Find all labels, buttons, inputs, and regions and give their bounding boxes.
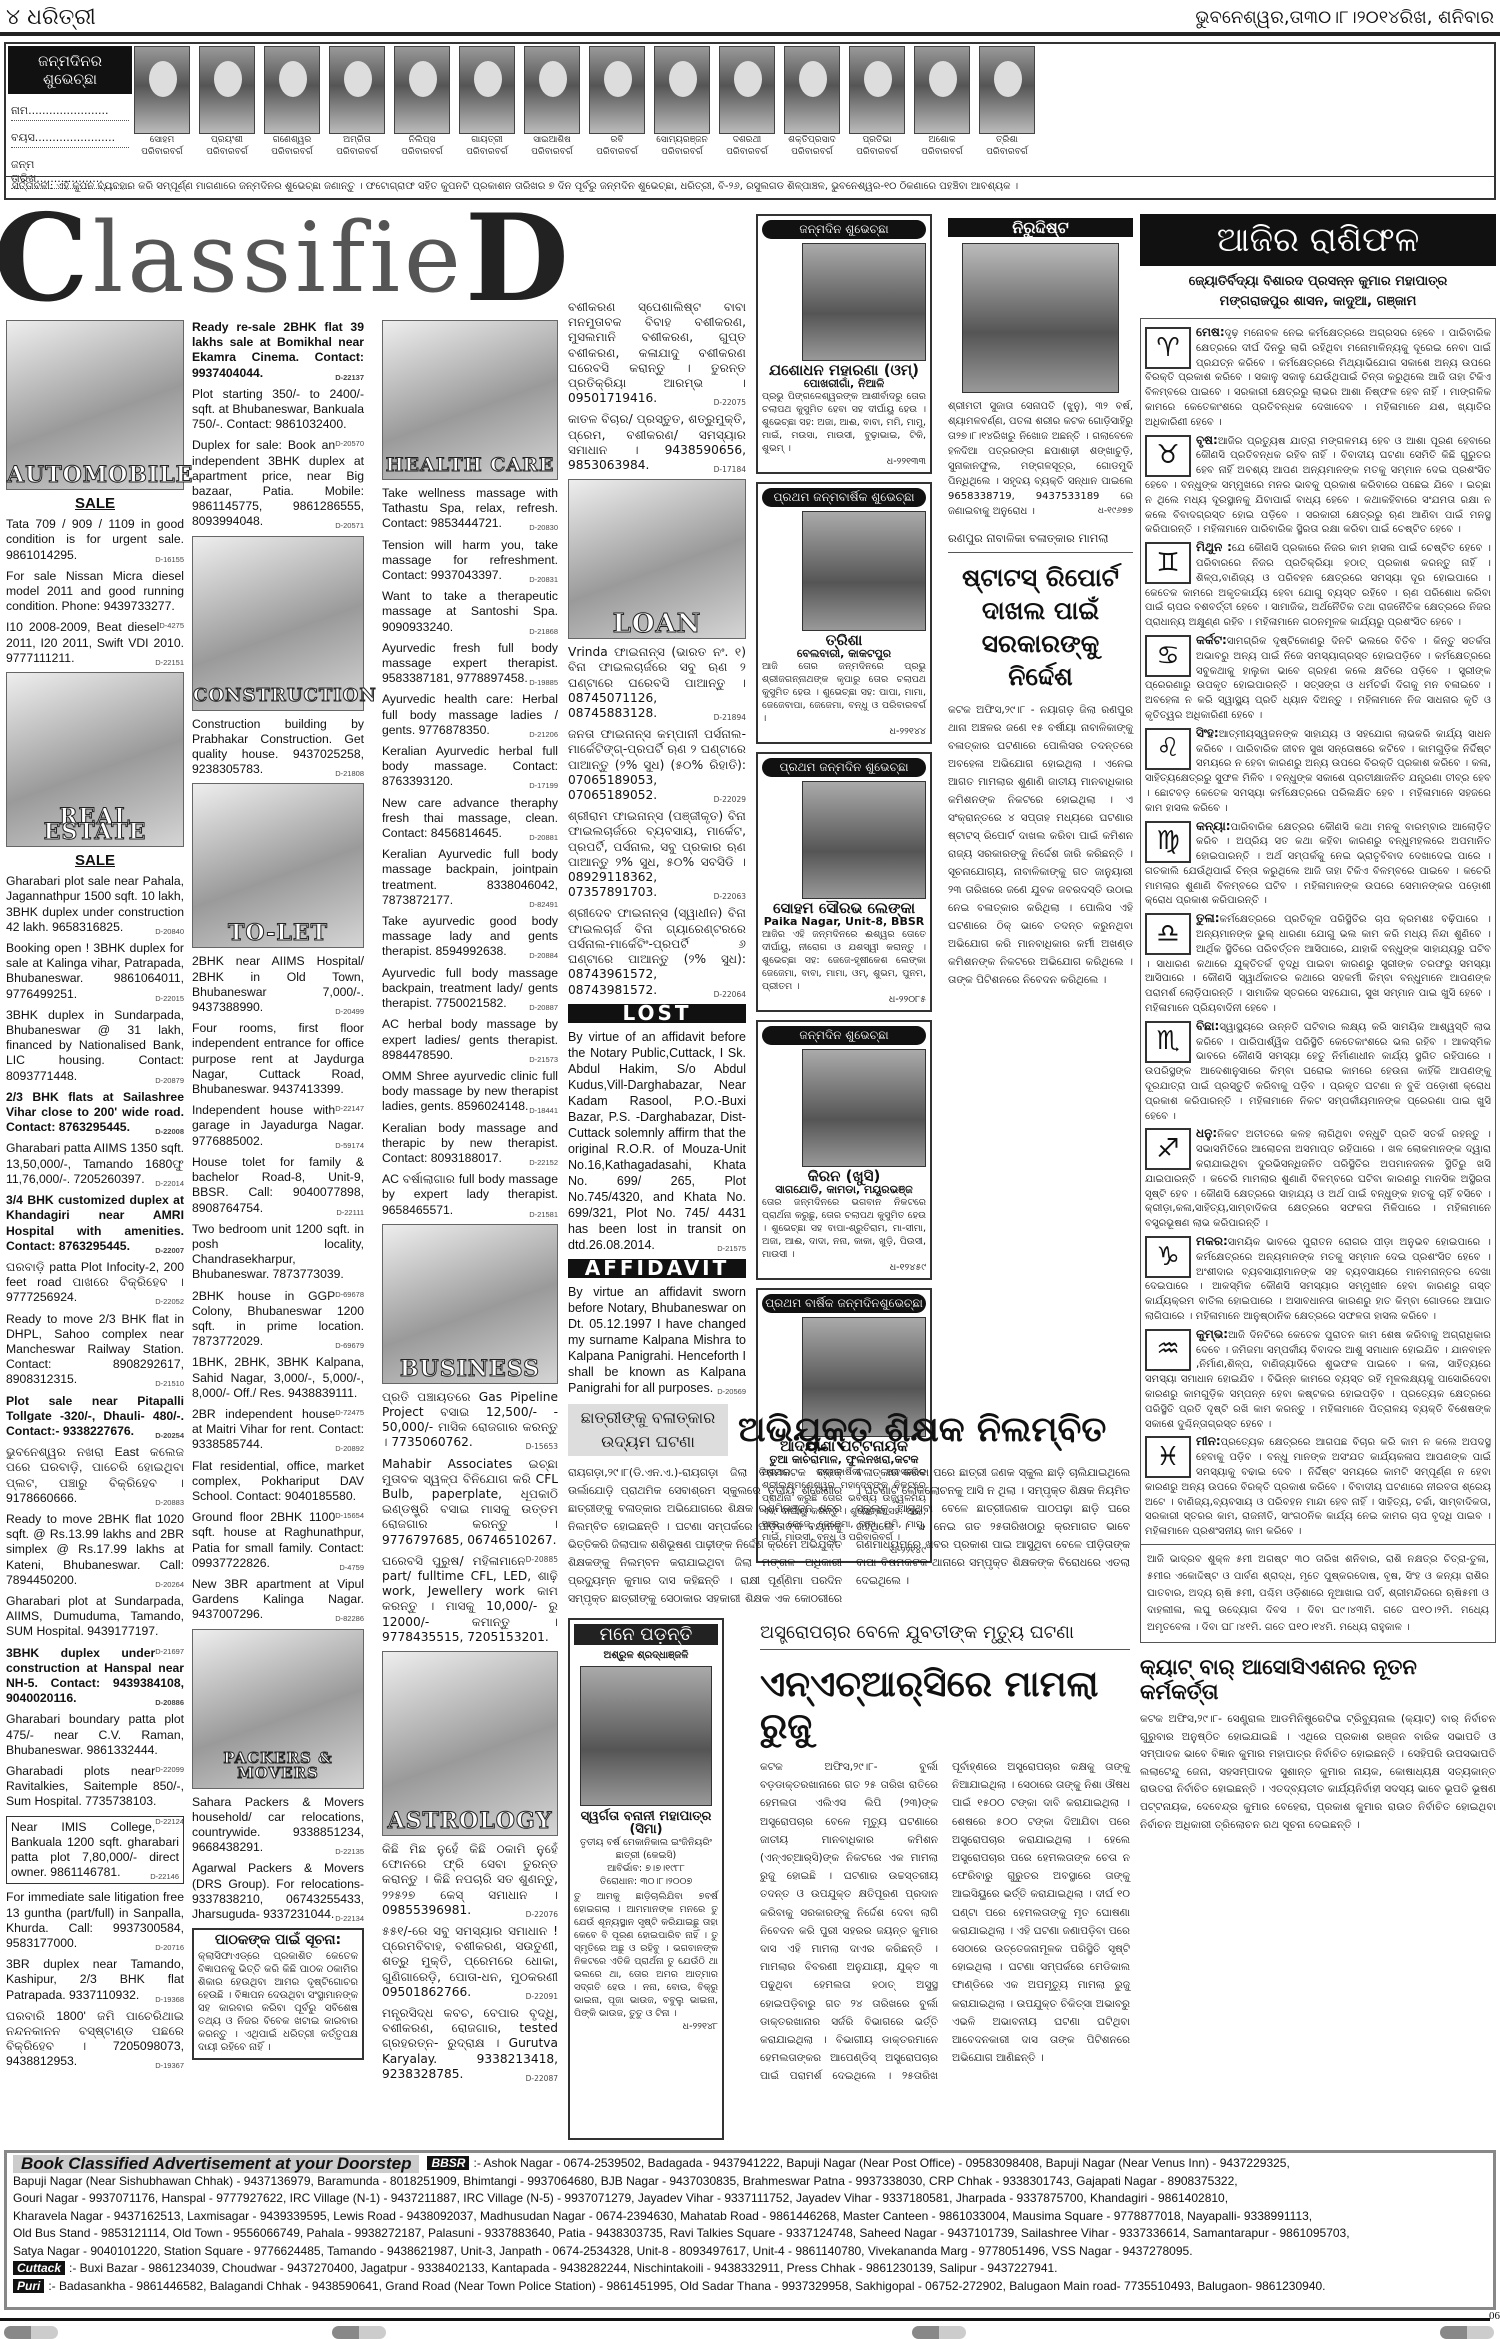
birthday-terms: ସର୍ତ୍ତାବଳୀ: ଏହି କୁପନ ବ୍ୟବହାର କରି ସମ୍ପୂର୍… [6, 176, 1494, 198]
classified-ad: Sahara Packers & Movers household/ car r… [192, 1795, 364, 1856]
zodiac-text: ଦୃଢ଼ ମନୋବଳ ନେଇ କର୍ମକ୍ଷେତ୍ରରେ ଅଗ୍ରସର ହେବେ… [1145, 328, 1491, 428]
sale-heading: SALE [6, 496, 184, 511]
ad-code: D-22063 [714, 889, 746, 904]
kid-family: ପରିବାରବର୍ଗ [654, 146, 710, 158]
zodiac-text: ଆଜି ଦିନଟିରେ କେତେକ ପୁରାତନ କାମ ଶେଷ କରିବାକୁ… [1145, 1330, 1491, 1430]
kid-card: ଗାୟତ୍ରୀପରିବାରବର୍ଗ [459, 46, 515, 158]
zodiac-name: ମେଷ: [1196, 325, 1225, 339]
construction-banner: CONSTRUCTION [192, 536, 364, 711]
missing-and-news-column: ନିରୁଦ୍ଦିଷ୍ଟ ଶ୍ରୀମତୀ ସୁଜାତା ସେନାପତି (ଝୁନୁ… [948, 214, 1133, 989]
coupon-title: ଜନ୍ମଦିନର ଶୁଭେଚ୍ଛା [8, 46, 132, 94]
classified-ad: For immediate sale litigation free 13 gu… [6, 1890, 184, 1951]
panjika: ଆଜି ଭାଦ୍ରବ ଶୁକ୍ଳ ୫ମୀ ଅଗଷ୍ଟ ୩୦ ତାରିଖ ଶନିବ… [1140, 1544, 1496, 1643]
ad-code: D-20499 [335, 1004, 364, 1019]
packers-banner: PACKERS & MOVERS [192, 1629, 364, 1789]
kid-name: ଗଣେଶ୍ୱର [264, 134, 320, 146]
zodiac-entry: ♉ବୃଷ:ଆଜିର ପ୍ରତ୍ୟୁଷ ଯାତ୍ରା ମଙ୍ଗଳମୟ ହେବ ଓ … [1145, 433, 1491, 539]
classified-ad: Take wellness massage with Tathastu Spa,… [382, 486, 558, 532]
classified-ad: ଶ୍ରୀରାମ ଫାଇନାନ୍ସ (ପଞ୍ଜୀକୃତ) ବିନା ଫାଇଲଚାର… [568, 809, 746, 900]
classified-ad: Duplex for sale: Book an independent 3BH… [192, 438, 364, 529]
ad-code: D-20886 [155, 1695, 184, 1710]
birthday-strip: ଜନ୍ମଦିନର ଶୁଭେଚ୍ଛା ନାମ...................… [4, 42, 1496, 200]
rashifal-author: ଜ୍ୟୋତିର୍ବିଦ୍ୟା ବିଶାରଦ ପ୍ରସନ୍ନ କୁମାର ମହାପ… [1140, 266, 1496, 319]
book-classified-label: Book Classified Advertisement at your Do… [13, 2155, 419, 2173]
page-label: ୪ ଧରିତ୍ରୀ [6, 5, 96, 30]
nhrc-news: ଅସ୍ତ୍ରୋପଚାର ବେଳେ ଯୁବତୀଙ୍କ ମୃତ୍ୟୁ ଘଟଣା ଏନ… [760, 1622, 1130, 2086]
ad-code: D-19885 [529, 675, 558, 690]
greeting-name: ଯଶୋଧନ ମହାରଣା (ଓମ୍) [762, 364, 926, 377]
kid-name: ଦଶରଥୀ [719, 134, 775, 146]
zodiac-name: କର୍କଟ: [1196, 633, 1227, 647]
kid-name: ରବି [589, 134, 645, 146]
zodiac-entry: ♐ଧନୁ:ନିକଟ ଅତୀତରେ କଳହ ଲାଗିଥିବା ବନ୍ଧୁଟି ପ୍… [1145, 1126, 1491, 1232]
kid-name: ତ୍ରିଶା [979, 134, 1035, 146]
kid-card: ପ୍ରୟଂଶୀପରିବାରବର୍ଗ [199, 46, 255, 158]
ad-code: D-21808 [335, 766, 364, 781]
kid-photo [589, 46, 645, 134]
ad-code: D-18441 [529, 1103, 558, 1118]
ad-code: D-16155 [155, 552, 184, 567]
greeting-photo [802, 1049, 926, 1167]
classified-ad: Ayurvedic health care: Herbal full body … [382, 692, 558, 738]
zodiac-entry: ♊ମିଥୁନ :ଯେ କୌଣସି ପ୍ରକାରେ ନିଜର କାମ ହାସଲ ପ… [1145, 540, 1491, 631]
zodiac-name: ମିଥୁନ : [1196, 540, 1232, 554]
kid-name: ପ୍ରୟଂଶୀ [199, 134, 255, 146]
greeting-badge: ପ୍ରଥମ ଜନ୍ମବାର୍ଷିକ ଶୁଭେଚ୍ଛା [762, 488, 926, 507]
greeting-message: ଆଜି ତୋର ଜନ୍ମଦିନରେ ପ୍ରଭୁ ଶ୍ରୀଜଗନ୍ନାଥଙ୍କ କ… [762, 660, 926, 725]
classified-ad: House tolet for family & bachelor Road-8… [192, 1155, 364, 1216]
ad-code: D-19368 [155, 1992, 184, 2007]
astrology-ads: କିଛି ମିଛ ନୁହେଁ କିଛି ଠକାମି ନୁହେଁ ଫୋନରେ ଫ୍… [382, 1842, 558, 2082]
zodiac-name: ତୁଳା: [1196, 911, 1220, 925]
greeting-place: Paika Nagar, Unit-8, BBSR [762, 915, 926, 928]
kid-name: ସୋହମ [134, 134, 190, 146]
nhrc-kicker: ଅସ୍ତ୍ରୋପଚାର ବେଳେ ଯୁବତୀଙ୍କ ମୃତ୍ୟୁ ଘଟଣା [760, 1622, 1130, 1650]
kid-family: ପରିବାରବର୍ଗ [914, 146, 970, 158]
cat-bar-body: କଟକ ଅଫିସ,୨୯।୮- ସେଣ୍ଟ୍ରାଲ ଆଡମିନିଷ୍ଟ୍ରେଟିଭ… [1140, 1711, 1496, 1834]
ad-code: D-22091 [526, 1989, 558, 2004]
obituary: ମନେ ପଡ଼ନ୍ତି ଅଶ୍ରୁଳ ଶ୍ରଦ୍ଧାଞ୍ଜଳି ସ୍ୱର୍ଗତା… [568, 1618, 724, 2140]
packers-ads: Sahara Packers & Movers household/ car r… [192, 1795, 364, 1923]
lost-ad: By virtue of an affidavit before the Not… [568, 1029, 746, 1253]
kid-family: ପରିବାରବର୍ଗ [524, 146, 580, 158]
greeting-name: ତ୍ରିଶା [762, 634, 926, 647]
kid-photo [524, 46, 580, 134]
kid-card: ଅଶୋକପରିବାରବର୍ଗ [914, 46, 970, 158]
teacher-kicker: ଛାତ୍ରୀଙ୍କୁ ବଳାତ୍କାର ଉଦ୍ୟମ ଘଟଣା [568, 1404, 728, 1456]
ad-code: D-20831 [529, 572, 558, 587]
loan-banner: LOAN [568, 479, 746, 639]
readers-notice: ପାଠକଙ୍କ ପାଇଁ ସୂଚନା: କ୍ଲାସିଫାଏଡ୍‌ରେ ପ୍ରକା… [192, 1928, 364, 2060]
zodiac-name: ମକର: [1196, 1234, 1228, 1248]
greeting-name: ସୋହମ ସୌରଭ ଲେଙ୍କା [762, 902, 926, 915]
zodiac-entry: ♍କନ୍ୟା:ପାରିବାରିକ କ୍ଷେତ୍ରର କୌଣସି କଥା ମନକୁ… [1145, 819, 1491, 910]
kid-photo [719, 46, 775, 134]
ad-code: D-69678 [335, 1287, 364, 1302]
greeting-photo [802, 781, 926, 899]
region-tag-bbsr: BBSR [427, 2156, 469, 2170]
obituary-heading: ମନେ ପଡ଼ନ୍ତି [574, 1624, 718, 1645]
classified-ad: 3BR duplex near Tamando, Kashipur, 2/3 B… [6, 1957, 184, 2003]
zodiac-text: ସ୍ୱାସ୍ଥ୍ୟରେ ଉନ୍ନତି ଘଟିବାର ଲକ୍ଷ୍ୟ କରି ସାମ… [1145, 1022, 1491, 1122]
classified-ad: 3/4 BHK customized duplex at Khandagiri … [6, 1193, 184, 1254]
kid-name: ଗାୟତ୍ରୀ [459, 134, 515, 146]
obituary-photo [580, 1666, 712, 1806]
classified-ad: Gharabari boundary patta plot 475/- near… [6, 1712, 184, 1758]
kid-photo [134, 46, 190, 134]
classified-ad: 2BHK near AIIMS Hospital/ 2BHK in Old To… [192, 954, 364, 1015]
classified-ad: Four rooms, first floor independent entr… [192, 1021, 364, 1097]
page-number: 06 [1489, 2310, 1500, 2322]
classified-ad: ବଶୀକରଣ ସ୍ପେଶାଲିଷ୍ଟ ବାବା ମନମୁତାବକ ବିବାହ ବ… [568, 300, 746, 406]
classified-ad: Ayurvedic fresh full body massage expert… [382, 641, 558, 687]
business-banner: BUSINESS [382, 1224, 558, 1384]
kid-photo [784, 46, 840, 134]
classified-ad: Tata 709 / 909 / 1109 in good condition … [6, 517, 184, 563]
kid-card: ରବିପରିବାରବର୍ଗ [589, 46, 645, 158]
zodiac-entry: ♈ମେଷ:ଦୃଢ଼ ମନୋବଳ ନେଇ କର୍ମକ୍ଷେତ୍ରରେ ଅଗ୍ରସର… [1145, 325, 1491, 431]
affidavit-heading: AFFIDAVIT [568, 1259, 746, 1278]
zodiac-name: କନ୍ୟା: [1196, 819, 1231, 833]
kid-family: ପରିବାରବର୍ଗ [134, 146, 190, 158]
zodiac-icon: ♌ [1145, 728, 1191, 770]
zodiac-icon: ♓ [1145, 1436, 1191, 1478]
zodiac-text: ପ୍ରତ୍ୟେକ କ୍ଷେତ୍ରରେ ଆଗପଛ ବିଚାର କରି କାମ ନ … [1145, 1437, 1491, 1537]
zodiac-entry: ♓ମୀନ:ପ୍ରତ୍ୟେକ କ୍ଷେତ୍ରରେ ଆଗପଛ ବିଚାର କରି କ… [1145, 1434, 1491, 1540]
ad-code: D-22029 [714, 792, 746, 807]
tolet-banner: TO-LET [192, 783, 364, 948]
ad-code: D-21206 [529, 727, 558, 742]
classified-ad: 2/3 BHK flats at Sailashree Vihar close … [6, 1090, 184, 1136]
lost-heading: LOST [568, 1004, 746, 1023]
nhrc-body: କଟକ ଅଫିସ,୨୯।୮- ବୁର୍ଲା ବଡ଼ଡାକ୍ତରଖାନାରେ ଗତ… [760, 1758, 1130, 2086]
region-tag-puri: Puri [13, 2279, 44, 2293]
classified-ad: ଶ୍ରୀଦେବ ଫାଇନାନ୍ସ (ସ୍ୱାଧୀନ) ବିନା ଫାଇଲଚାର୍… [568, 906, 746, 997]
ad-code: D-20885 [526, 1552, 558, 1567]
classified-ad: Flat residential, office, market complex… [192, 1459, 364, 1505]
classified-ad: New care advance theraphy fresh thai mas… [382, 796, 558, 842]
zodiac-icon: ♉ [1145, 435, 1191, 477]
kid-photo [849, 46, 905, 134]
ad-code: D-20571 [335, 518, 364, 533]
coupon-age-field: ବୟସ....................... [11, 131, 129, 148]
kid-name: ଅଶୋକ [914, 134, 970, 146]
kid-family: ପରିବାରବର୍ଗ [784, 146, 840, 158]
ad-code: D-21894 [714, 710, 746, 725]
classified-ad: Tension will harm you, take massage for … [382, 538, 558, 584]
classified-ad: ଘରବାରି 1800' ଜମି ପାଚେରିଥାଇ ନନ୍ଦନକାନନ ବସ୍… [6, 2009, 184, 2070]
real-estate-banner: REAL ESTATE [6, 672, 184, 847]
ad-code: D-20830 [529, 520, 558, 535]
kid-photo [264, 46, 320, 134]
kid-card: ଶକ୍ତିପ୍ରସାଦପରିବାରବର୍ଗ [784, 46, 840, 158]
missing-person-photo [962, 243, 1119, 393]
ad-code: D-20716 [155, 1940, 184, 1955]
birthday-greeting: ଜନ୍ମଦିନ ଶୁଭେଚ୍ଛାକିରନ (ଖୁସି)ସାଗଯୋଡି, କାମଡ… [756, 1020, 932, 1280]
kid-photo [979, 46, 1035, 134]
zodiac-name: ବିଛା: [1196, 1019, 1219, 1033]
birthday-greeting: ଜନ୍ମଦିନ ଶୁଭେଚ୍ଛାଯଶୋଧନ ମହାରଣା (ଓମ୍)ପୋଖରୀଗ… [756, 214, 932, 474]
ad-code: D-22014 [155, 1176, 184, 1191]
ad-code: D-17184 [714, 462, 746, 477]
kid-name: ଶକ୍ତିପ୍ରସାଦ [784, 134, 840, 146]
automobile-banner: AUTOMOBILE [6, 320, 184, 490]
greeting-message: ତୋର ଜନ୍ମଦିନରେ ଭଗବାନ ନିକଟରେ ପ୍ରାର୍ଥନା କରୁ… [762, 1196, 926, 1261]
kid-photo [199, 46, 255, 134]
kid-card: ପ୍ରତିଭାପରିବାରବର୍ଗ [849, 46, 905, 158]
zodiac-icon: ♋ [1145, 635, 1191, 677]
ad-code: D-4759 [339, 1560, 364, 1575]
ad-code: D-22015 [155, 991, 184, 1006]
ranpur-body: କଟକ ଅଫିସ,୨୯।୮ - ନୟାଗଡ଼ ଜିଲା ରଣପୁର ଥାନା ଅ… [948, 701, 1133, 989]
ad-code: D-22135 [335, 1844, 364, 1859]
ad-code: D-22099 [155, 1762, 184, 1777]
missing-heading: ନିରୁଦ୍ଦିଷ୍ଟ [948, 218, 1133, 237]
classified-ad: AC herbal body massage by expert ladies/… [382, 1017, 558, 1063]
zodiac-entry: ♋କର୍କଟ:ସାମଗ୍ରିକ ଦୃଷ୍ଟିକୋଣରୁ ଦିନଟି ଭଲରେ ବ… [1145, 633, 1491, 724]
kid-name: ପ୍ରତିଭା [849, 134, 905, 146]
missing-text: ଶ୍ରୀମତୀ ସୁଜାତା ସେନାପତି (ଝୁନୁ), ୩୨ ବର୍ଷ, … [948, 399, 1133, 519]
rashifal-title: ଆଜିର ରାଶିଫଳ [1140, 214, 1496, 266]
kids-gallery: ସୋହମପରିବାରବର୍ଗପ୍ରୟଂଶୀପରିବାରବର୍ଗଗଣେଶ୍ୱରପର… [134, 46, 1035, 158]
booking-centres: Book Classified Advertisement at your Do… [4, 2150, 1496, 2310]
classified-logo: ClassifieD [6, 206, 560, 310]
astrology-banner: ASTROLOGY [382, 1651, 558, 1836]
classified-ad: New 3BR apartment at Vipul Gardens Kalin… [192, 1577, 364, 1623]
zodiac-icon: ♍ [1145, 821, 1191, 863]
kid-card: ଅମ୍ରିତାପରିବାରବର୍ଗ [329, 46, 385, 158]
ad-code: D-20881 [529, 830, 558, 845]
ad-code: D-20883 [155, 1495, 184, 1510]
zodiac-icon: ♐ [1145, 1128, 1191, 1170]
classified-ad: Agarwal Packers & Movers (DRS Group). Fo… [192, 1861, 364, 1922]
ad-code: D-20254 [155, 1428, 184, 1443]
nhrc-headline: ଏନ୍‌ଏଚ୍‌ଆର୍‌ସିରେ ମାମଲା ରୁଜୁ [760, 1664, 1130, 1748]
kid-family: ପରିବାରବର୍ଗ [329, 146, 385, 158]
ad-code: D-22147 [335, 1101, 364, 1116]
classified-ad: ୫୫୧/-ରେ ସବୁ ସମସ୍ୟାର ସମାଧାନ ! ପ୍ରେମବିବାହ,… [382, 1924, 558, 2000]
top-rule [0, 32, 1500, 36]
zodiac-name: ମୀନ: [1196, 1434, 1221, 1448]
kid-family: ପରିବାରବର୍ଗ [849, 146, 905, 158]
classified-col-2: Ready re-sale 2BHK flat 39 lakhs sale at… [192, 320, 364, 2068]
ad-code: D-22124 [155, 1814, 184, 1829]
greeting-place: ସାଗଯୋଡି, କାମଡା, ମୟୂରଭଞ୍ଜ [762, 1183, 926, 1196]
zodiac-text: ଆଜିର ପ୍ରତ୍ୟୁଷ ଯାତ୍ରା ମଙ୍ଗଳମୟ ହେବ ଓ ଆଶା ପ… [1145, 436, 1491, 536]
classified-ad: Ready to move 2BHK flat 1020 sqft. @ Rs.… [6, 1512, 184, 1588]
ad-code: D-22151 [155, 655, 184, 670]
ad-code: D-19367 [155, 2058, 184, 2073]
greeting-name: କିରନ (ଖୁସି) [762, 1170, 926, 1183]
ad-code: D-4275 [159, 618, 184, 633]
classified-ad: ଜନତା ଫାଇନାନ୍ସ କମ୍ପାନୀ ପର୍ସନାଲ- ମାର୍କେଟିଙ… [568, 727, 746, 803]
classified-ad: Keralian body massage and therapic by ne… [382, 1121, 558, 1167]
ad-code: D-21573 [529, 1052, 558, 1067]
ad-code: D-21581 [529, 1207, 558, 1222]
ad-code: D-22008 [155, 1124, 184, 1139]
classified-ad: ଘରେବସି ପୁରୁଷ/ ମହିଳାମାନେ part/ fulltime C… [382, 1554, 558, 1645]
ad-code: D-22134 [335, 1911, 364, 1926]
ad-code: D-20570 [335, 436, 364, 451]
ad-code: D-21697 [155, 1644, 184, 1659]
kid-name: ସୋମ୍ୟରଞ୍ଜନ [654, 134, 710, 146]
ad-code: D-22064 [714, 987, 746, 1002]
classified-ad: ଘରବାଡ଼ି patta Plot Infocity-2, 200 feet … [6, 1260, 184, 1306]
kid-name: ଅମ୍ରିତା [329, 134, 385, 146]
obituary-message: ତୁ ଆମକୁ ଛାଡ଼ିଚାଲିଯିବା ୭ବର୍ଷ ହୋଇଗଲା । ଆମମ… [574, 1890, 718, 2020]
zodiac-name: କୁମ୍ଭ: [1196, 1327, 1228, 1341]
zodiac-entry: ♌ସିଂହ:ଆତ୍ମୀୟସ୍ୱଜନଙ୍କ ସାହାଯ୍ୟ ଓ ସହଯୋଗ ଲାଭ… [1145, 726, 1491, 817]
affidavit-ad: By virtue an affidavit sworn before Nota… [568, 1284, 746, 1396]
kid-photo [329, 46, 385, 134]
ad-code: D-22087 [526, 2071, 558, 2086]
classified-ad: କାତଳ ବିଚାର/ ପ୍ରସ୍ତୁତ, ଶତ୍ରୁମୁକ୍ତି, ପ୍ରେମ… [568, 412, 746, 473]
greeting-photo [802, 243, 926, 361]
birthday-greeting: ପ୍ରଥମ ଜନ୍ମଦିନ ଶୁଭେଚ୍ଛାସୋହମ ସୌରଭ ଲେଙ୍କାPa… [756, 752, 932, 1012]
zodiac-icon: ♈ [1145, 327, 1191, 369]
zodiac-entry: ♏ବିଛା:ସ୍ୱାସ୍ଥ୍ୟରେ ଉନ୍ନତି ଘଟିବାର ଲକ୍ଷ୍ୟ କ… [1145, 1019, 1491, 1125]
ad-code: D-15654 [335, 1508, 364, 1523]
health-care-banner: HEALTH CARE [382, 320, 558, 480]
teacher-news: ଛାତ୍ରୀଙ୍କୁ ବଳାତ୍କାର ଉଦ୍ୟମ ଘଟଣା ଅଭିଯୁକ୍ତ … [568, 1404, 1130, 1608]
zodiac-name: ଧନୁ: [1196, 1126, 1217, 1140]
kid-family: ପରିବାରବର୍ଗ [394, 146, 450, 158]
ad-code: D-20892 [335, 1441, 364, 1456]
zodiac-entry: ♑ମକର:ସାମୟିକ ଭାବରେ ପୁରାତନ ରୋଗର ପୀଡ଼ା ଅନୁଭ… [1145, 1234, 1491, 1325]
classified-ad: ଭୁବନେଶ୍ୱର ନଖରା East କଲେଜ ପରେ ଘରବାଡ଼ି, ପା… [6, 1445, 184, 1506]
classified-ad: Gharabari plot sale near Pahala, Jaganna… [6, 874, 184, 935]
greeting-badge: ପ୍ରଥମ ଜନ୍ମଦିନ ଶୁଭେଚ୍ଛା [762, 758, 926, 777]
ad-code: D-20879 [155, 1073, 184, 1088]
sale-heading-2: SALE [6, 853, 184, 868]
classified-ad: Take ayurvedic good body massage lady an… [382, 914, 558, 960]
kid-card: ଦଶରଥୀପରିବାରବର୍ଗ [719, 46, 775, 158]
ad-code: D-22007 [155, 1243, 184, 1258]
classified-ad: I10 2008-2009, Beat diesel 2011, I20 201… [6, 620, 184, 666]
kid-card: ତ୍ରିଶାପରିବାରବର୍ଗ [979, 46, 1035, 158]
ranpur-kicker: ରଣପୁର ନାବାଳିକା ବଳାତ୍କାର ମାମଲା [948, 531, 1133, 553]
greeting-message: ଆଜିର ଏହି ଜନ୍ମଦିନରେ ଈଶ୍ୱର ତୋତେ ଦୀର୍ଘାୟୁ, … [762, 928, 926, 993]
greetings-column: ଜନ୍ମଦିନ ଶୁଭେଚ୍ଛାଯଶୋଧନ ମହାରଣା (ଓମ୍)ପୋଖରୀଗ… [756, 214, 932, 1571]
zodiac-text: ନିକଟ ଅତୀତରେ କଳହ ଲାଗିଥିବା ବନ୍ଧୁଟି ପ୍ରତି ସ… [1145, 1129, 1491, 1229]
kid-card: ସୋମ୍ୟରଞ୍ଜନପରିବାରବର୍ଗ [654, 46, 710, 158]
ad-code: D-22075 [714, 395, 746, 410]
real-estate-ads: Gharabari plot sale near Pahala, Jaganna… [6, 874, 184, 2069]
zodiac-text: ସାମୟିକ ଭାବରେ ପୁରାତନ ରୋଗର ପୀଡ଼ା ଅନୁଭବ ହୋଇ… [1145, 1237, 1491, 1322]
classified-col-4: ବଶୀକରଣ ସ୍ପେଶାଲିଷ୍ଟ ବାବା ମନମୁତାବକ ବିବାହ ବ… [568, 300, 746, 1402]
kid-family: ପରିବାରବର୍ଗ [979, 146, 1035, 158]
kid-card: ସାଇଆଶିଷପରିବାରବର୍ଗ [524, 46, 580, 158]
business-ads: ପ୍ରତି ପଞ୍ଚାୟତରେ Gas Pipeline Project ବସା… [382, 1390, 558, 1645]
kid-name: ସାଇଆଶିଷ [524, 134, 580, 146]
obituary-name: ସ୍ୱର୍ଗତା ବନାନୀ ମହାପାତ୍ର (ସିମା) [574, 1810, 718, 1836]
date-line: ଭୁବନେଶ୍ୱର,ତା୩୦।୮।୨୦୧୪ରିଖ, ଶନିବାର [1195, 7, 1494, 28]
kid-card: ନିଲିପ୍ସପରିବାରବର୍ଗ [394, 46, 450, 158]
zodiac-list: ♈ମେଷ:ଦୃଢ଼ ମନୋବଳ ନେଇ କର୍ମକ୍ଷେତ୍ରରେ ଅଗ୍ରସର… [1140, 319, 1496, 1544]
zodiac-icon: ♎ [1145, 913, 1191, 955]
registration-mark [4, 2326, 58, 2339]
greeting-message: ପ୍ରଭୁ ପିଙ୍ଗଳେଶ୍ୱରଙ୍କ ଆଶୀର୍ବାଦରୁ ତୋର ଚଲାପ… [762, 390, 926, 455]
kid-card: ଗଣେଶ୍ୱରପରିବାରବର୍ଗ [264, 46, 320, 158]
classified-ad: Plot starting 350/- to 2400/- sqft. at B… [192, 387, 364, 433]
classified-col-1: AUTOMOBILE SALE Tata 709 / 909 / 1109 in… [6, 320, 184, 2076]
classified-ad: OMM Shree ayurvedic clinic full body mas… [382, 1069, 558, 1115]
kid-family: ପରିବାରବର୍ଗ [719, 146, 775, 158]
classified-ad: Gharabari patta AIIMS 1350 sqft. 13,50,0… [6, 1141, 184, 1187]
kid-family: ପରିବାରବର୍ଗ [199, 146, 255, 158]
greeting-badge: ଜନ୍ମଦିନ ଶୁଭେଚ୍ଛା [762, 1026, 926, 1045]
ad-code: D-20884 [529, 948, 558, 963]
construction-ads: Construction building by Prabhakar Const… [192, 717, 364, 778]
greeting-badge: ଜନ୍ମଦିନ ଶୁଭେଚ୍ଛା [762, 220, 926, 239]
registration-mark [1440, 2326, 1494, 2339]
greeting-photo [802, 511, 926, 631]
zodiac-icon: ♊ [1145, 542, 1191, 584]
zodiac-text: କର୍ମକ୍ଷେତ୍ରରେ ପ୍ରତିକୂଳ ପରିସ୍ଥିତିର ଚାପ କ୍… [1145, 914, 1491, 1014]
classified-ad: For sale Nissan Micra diesel model 2011 … [6, 569, 184, 615]
health-ads: Take wellness massage with Tathastu Spa,… [382, 486, 558, 1218]
classified-ad: Gharabari plot at Sundarpada, AIIMS, Dum… [6, 1594, 184, 1640]
birthday-coupon[interactable]: ଜନ୍ମଦିନର ଶୁଭେଚ୍ଛା ନାମ...................… [8, 46, 132, 178]
ad-code: D-69679 [335, 1338, 364, 1353]
bottom-rule [0, 2318, 1490, 2321]
classified-ad: Booking open ! 3BHK duplex for sale at K… [6, 941, 184, 1002]
ad-code: D-20887 [529, 1000, 558, 1015]
ad-code: D-15653 [526, 1439, 558, 1454]
zodiac-text: ଯେ କୌଣସି ପ୍ରକାରେ ନିଜର କାମ ହାସଲ ପାଇଁ ଚେଷ୍… [1145, 543, 1491, 628]
kid-family: ପରିବାରବର୍ଗ [589, 146, 645, 158]
kid-photo [654, 46, 710, 134]
zodiac-text: ସାମଗ୍ରିକ ଦୃଷ୍ଟିକୋଣରୁ ଦିନଟି ଭଲରେ ବିତିବ । … [1145, 636, 1491, 721]
zodiac-icon: ♑ [1145, 1236, 1191, 1278]
classified-ad: ମନ୍ତ୍ରସିଦ୍ଧ କବଚ, ବେପାର ବୃଦ୍ଧି, ବଶୀକରଣ, ର… [382, 2006, 558, 2082]
zodiac-icon: ♏ [1145, 1021, 1191, 1063]
ad-code: D-21510 [155, 1376, 184, 1391]
ad-code: D-72475 [335, 1405, 364, 1420]
zodiac-name: ସିଂହ: [1196, 726, 1219, 740]
rashifal-section: ଆଜିର ରାଶିଫଳ ଜ୍ୟୋତିର୍ବିଦ୍ୟା ବିଶାରଦ ପ୍ରସନ୍… [1140, 214, 1496, 1834]
kid-photo [459, 46, 515, 134]
ad-code: D-22111 [336, 1205, 364, 1220]
tolet-ads: 2BHK near AIIMS Hospital/ 2BHK in Old To… [192, 954, 364, 1622]
zodiac-entry: ♒କୁମ୍ଭ:ଆଜି ଦିନଟିରେ କେତେକ ପୁରାତନ କାମ ଶେଷ … [1145, 1327, 1491, 1433]
kid-photo [914, 46, 970, 134]
classified-col-3: HEALTH CARE Take wellness massage with T… [382, 320, 558, 2088]
classified-ad: Want to take a therapeutic massage at Sa… [382, 589, 558, 635]
vashikaran-ads: ବଶୀକରଣ ସ୍ପେଶାଲିଷ୍ଟ ବାବା ମନମୁତାବକ ବିବାହ ବ… [568, 300, 746, 473]
classified-ad: Ready to move 2/3 BHK flat in DHPL, Saho… [6, 1312, 184, 1388]
ad-code: D-82286 [335, 1611, 364, 1626]
classified-ad: Plot sale near Pitapalli Tollgate -320/-… [6, 1394, 184, 1440]
teacher-body: ରାୟଗଡ଼ା,୨୯।୮(ଡି.ଏନ.ଏ.)-ରାୟଗଡ଼ା ଜିଲା ବିଷମ… [568, 1464, 1130, 1608]
ad-code: D-82491 [529, 897, 558, 912]
property-ads: Ready re-sale 2BHK flat 39 lakhs sale at… [192, 320, 364, 530]
ad-code: D-21868 [529, 624, 558, 639]
classified-ad: Mahabir Associates ଇଚ୍ଛା ମୁତାବକ ସ୍ୱଳ୍ପ ବ… [382, 1457, 558, 1548]
region-tag-cuttack: Cuttack [13, 2261, 65, 2275]
ad-code: D-22146 [150, 1869, 179, 1884]
ad-code: D-17199 [529, 778, 558, 793]
classified-ad: Keralian Ayurvedic full body massage bac… [382, 847, 558, 908]
classified-ad: Ready re-sale 2BHK flat 39 lakhs sale at… [192, 320, 364, 381]
classified-ad: 1BHK, 2BHK, 3BHK Kalpana, Sahid Nagar, 3… [192, 1355, 364, 1401]
classified-ad: Construction building by Prabhakar Const… [192, 717, 364, 778]
classified-ad: Vrinda ଫାଇନାନ୍ସ (ଭାରତ ନଂ. ୧) ବିନା ଫାଇଲଚା… [568, 645, 746, 721]
coupon-name-field: ନାମ....................... [11, 104, 129, 121]
classified-ad: AC ବର୍ଷାଲାଗାର full body massage by exper… [382, 1172, 558, 1218]
greeting-badge: ପ୍ରଥମ ବାର୍ଷିକ ଜନ୍ମଦିନଶୁଭେଚ୍ଛା [762, 1294, 926, 1313]
registration-mark [912, 2326, 966, 2339]
